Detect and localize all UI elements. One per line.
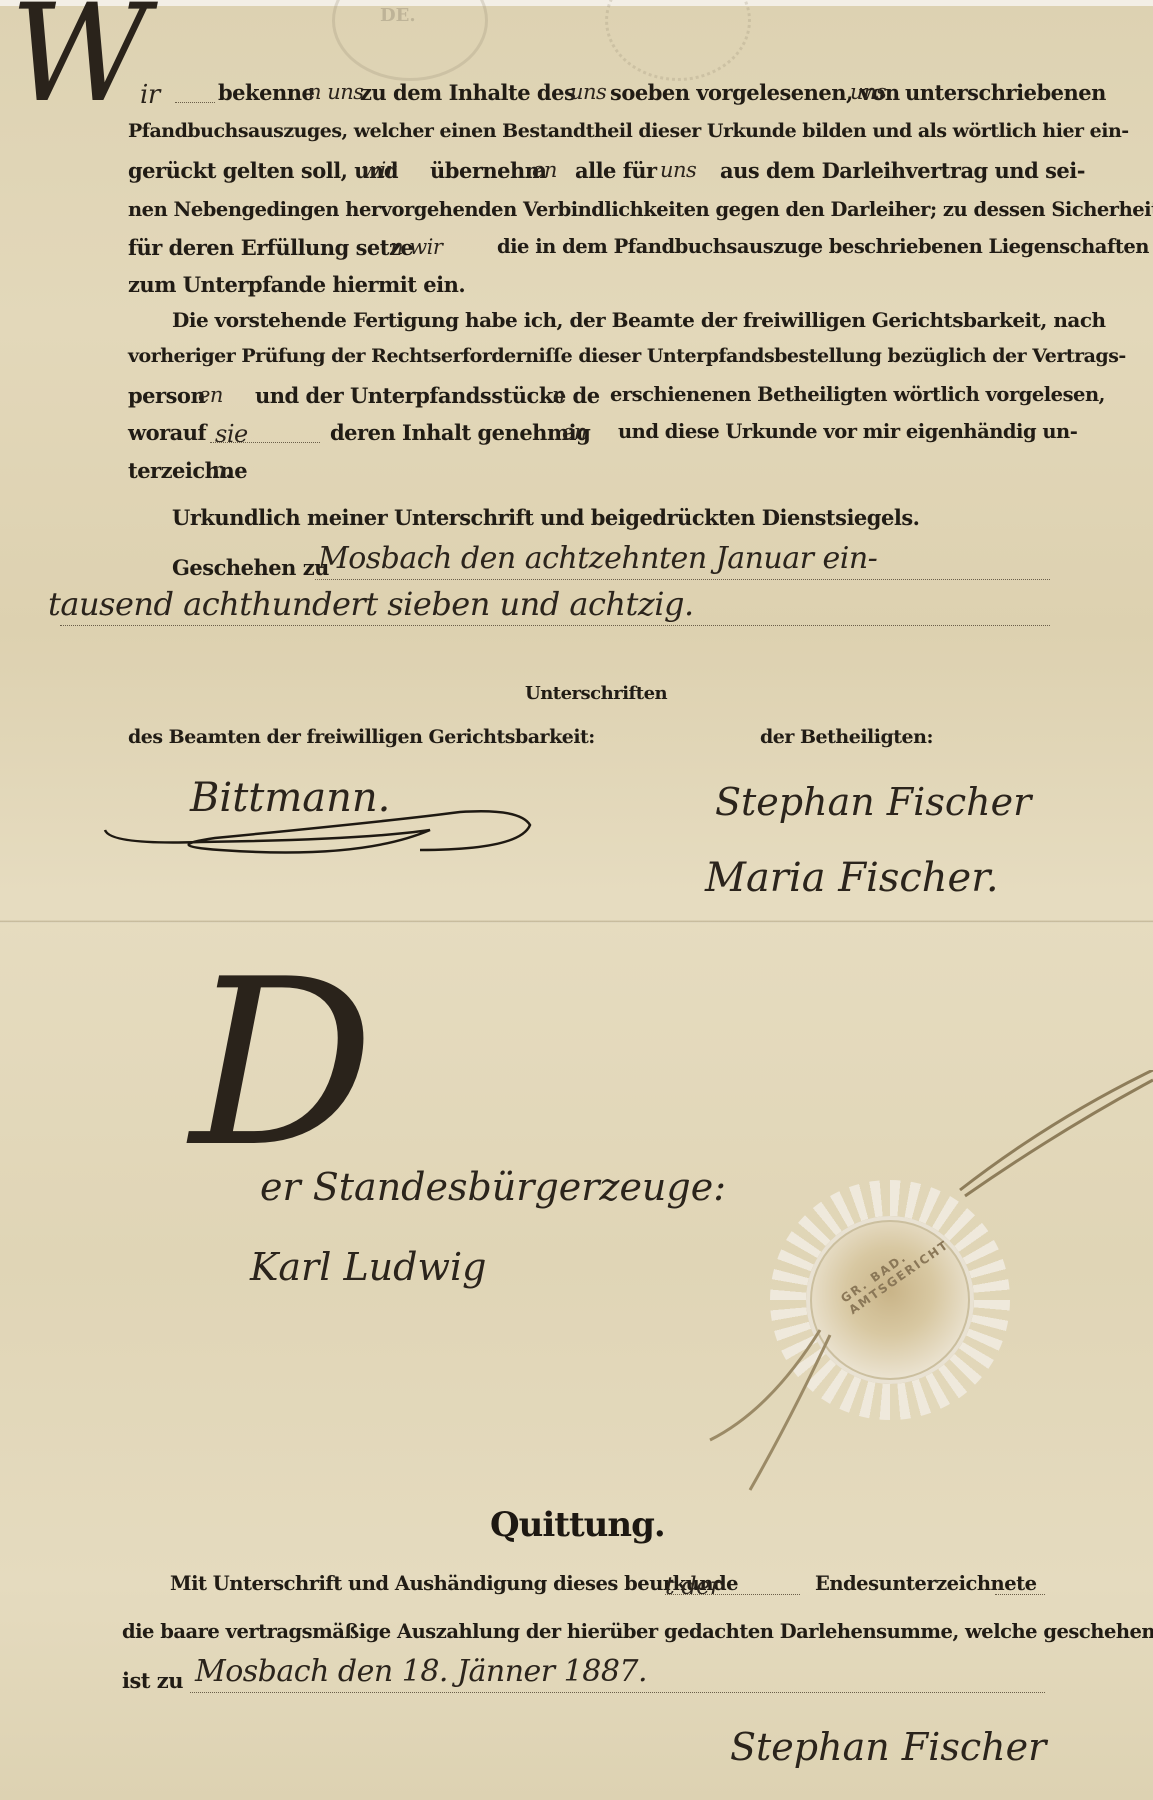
print-text: worauf [128,420,206,445]
handwritten-fill: en [198,383,223,407]
parties-label: der Betheiligten: [760,726,933,748]
fill-line [315,579,1050,580]
print-text: gerückt gelten soll, und [128,158,398,183]
print-text: zum Unterpfande hiermit ein. [128,272,465,297]
print-text: und diese Urkunde vor mir eigenhändig un… [618,420,1077,443]
receipt-title: Quittung. [490,1505,665,1545]
fill-line [995,1594,1045,1595]
official-label: des Beamten der freiwilligen Gerichtsbar… [128,726,595,748]
print-text: vorheriger Prüfung der Rechtserforderniſ… [128,345,1126,367]
ink-stamp-text: DE. [380,5,416,26]
place-label: Geschehen zu [172,555,329,580]
handwritten-fill: uns [570,80,606,104]
handwritten-fill: t der [665,1572,721,1600]
seal-cord [690,1070,1153,1510]
handwritten-fill: n [552,383,565,407]
handwritten-fill: wir [362,158,395,182]
handwritten-fill: n. [212,458,231,482]
print-text: deren Inhalt genehmig [330,420,590,445]
handwritten-fill: n uns [308,80,364,104]
party-signature-1: Stephan Fischer [715,780,1031,824]
print-text: die baare vertragsmäßige Auszahlung der … [122,1620,1153,1643]
print-text: bekenne [218,80,314,105]
print-text: Urkundlich meiner Unterschrift und beige… [172,505,919,530]
paper-fold [0,920,1153,923]
handwritten-fill: uns [660,158,696,182]
handwritten-place-date: Mosbach den achtzehnten Januar ein- [318,541,877,576]
print-text: erschienenen Betheiligten wörtlich vorge… [610,383,1105,406]
print-text: nen Nebengedingen hervorgehenden Verbind… [128,198,1153,221]
print-text: zu dem Inhalte des [360,80,575,105]
fill-line [175,102,215,103]
handwritten-fill: n wir [390,235,442,259]
print-text: Unterschriften [525,683,667,704]
receipt-signature: Stephan Fischer [730,1725,1046,1769]
party-signature-2: Maria Fischer. [705,855,999,901]
print-text: ist zu [122,1668,183,1693]
print-text: und der Unterpfandsstücke de [255,383,600,408]
print-text: alle für [575,158,657,183]
fill-line [665,1594,800,1595]
decorative-initial-w: W [10,0,149,132]
handwritten-fill: uns [850,80,886,104]
print-text: übernehm [430,158,547,183]
handwritten-fill: sie [215,420,248,448]
decorative-initial-d: D [190,950,374,1180]
handwritten-fill: en [562,420,587,444]
handwritten-fill: ir [140,80,160,110]
scan-edge [0,0,1153,6]
signature-flourish [100,790,560,860]
print-text: Mit Unterschrift und Aushändigung dieses… [170,1572,738,1595]
print-text: Die vorstehende Fertigung habe ich, der … [172,308,1106,332]
witness-signature: Karl Ludwig [250,1245,486,1289]
print-text: aus dem Darleihvertrag und sei- [720,158,1085,183]
handwritten-fill: en [532,158,557,182]
print-text: person [128,383,205,408]
fill-line [190,1692,1045,1693]
print-text: für deren Erfüllung setze [128,235,413,260]
print-text: Endesunterzeichnete [815,1572,1037,1595]
print-text: Pfandbuchsauszuges, welcher einen Bestan… [128,120,1129,142]
witness-label: er Standesbürgerzeuge: [260,1165,726,1209]
print-text: die in dem Pfandbuchsauszuge beschrieben… [497,235,1149,258]
fill-line [60,625,1050,626]
embossed-stamp-faint [605,0,751,81]
print-text: unterschriebenen [905,80,1106,105]
handwritten-place-date: Mosbach den 18. Jänner 1887. [195,1654,647,1689]
fill-line [210,442,320,443]
handwritten-date: tausend achthundert sieben und achtzig. [48,585,694,623]
